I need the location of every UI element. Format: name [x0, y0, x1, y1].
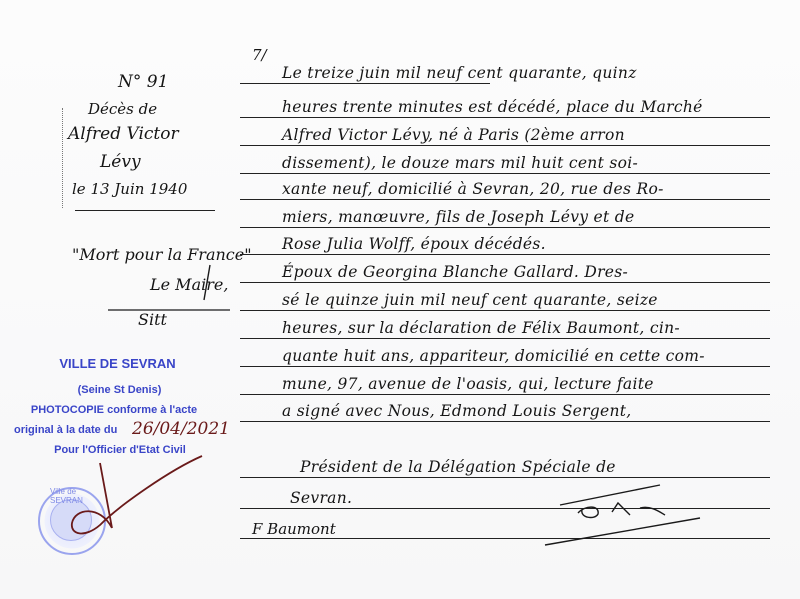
scanned-document-page: N° 91 Décès de Alfred Victor Lévy le 13 …: [0, 0, 800, 599]
signature-strokes: [0, 0, 800, 599]
